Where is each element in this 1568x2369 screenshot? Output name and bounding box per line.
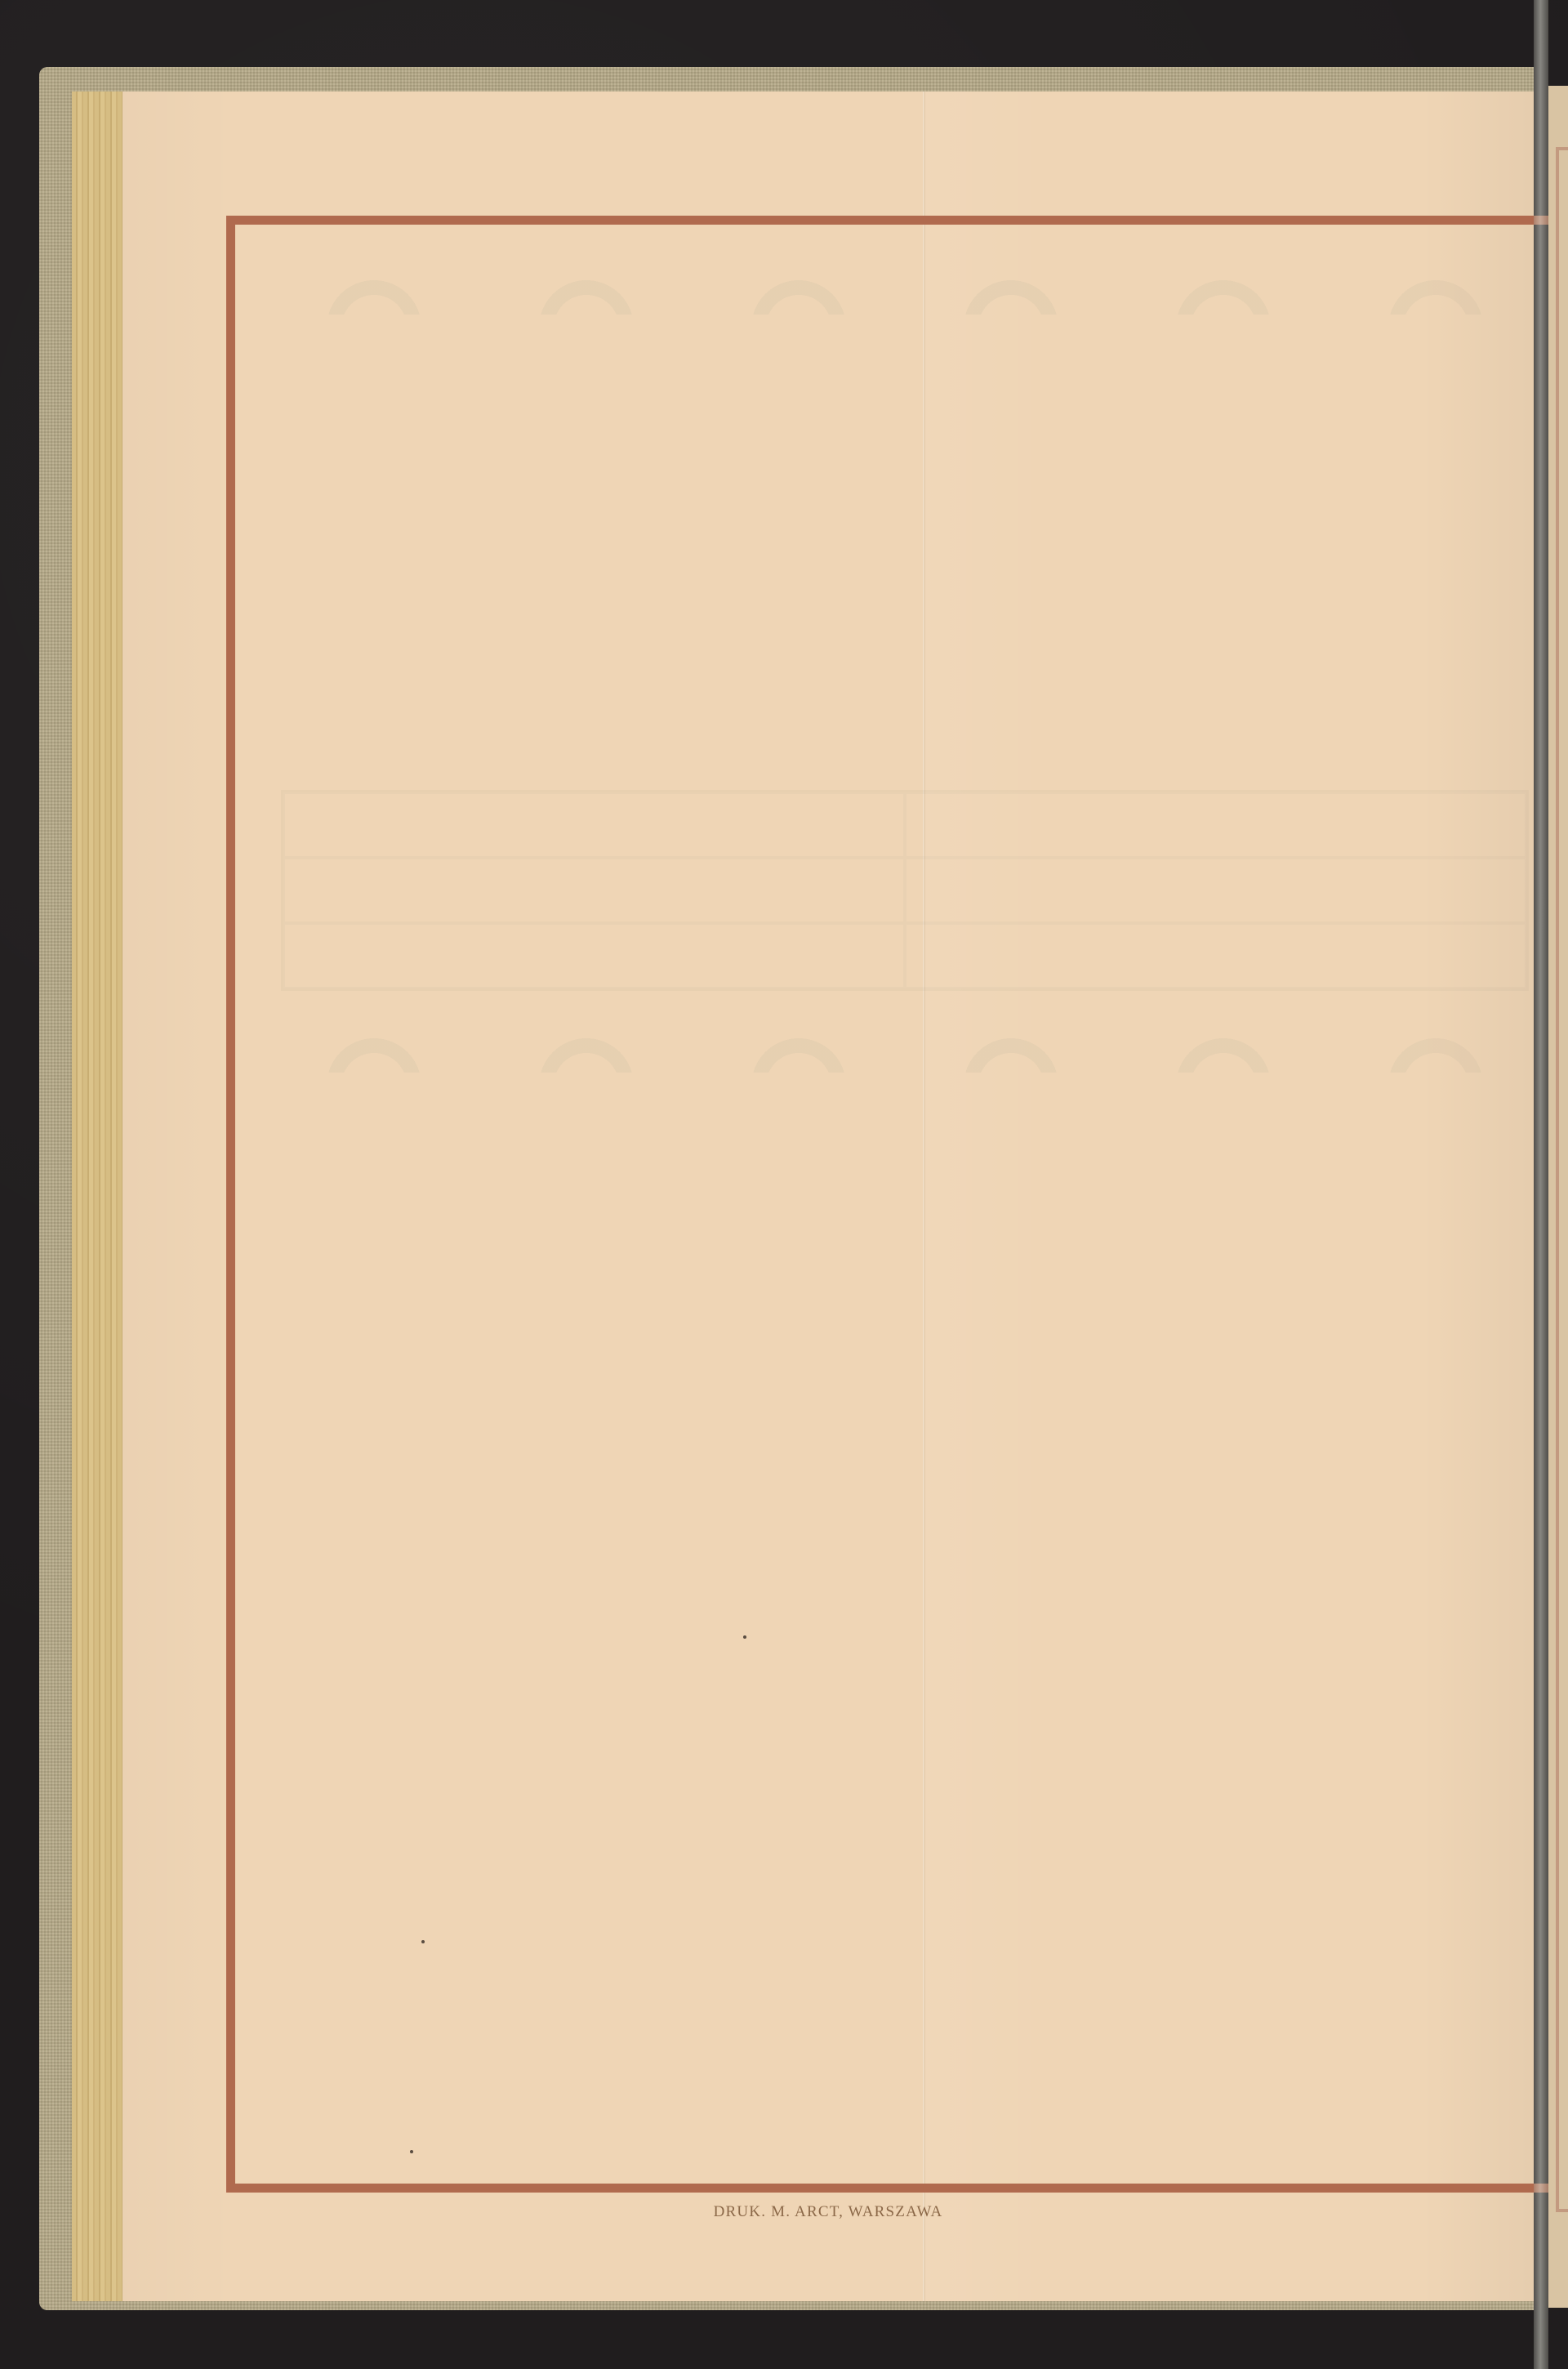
adjacent-page-frame: [1556, 147, 1568, 2212]
bleed-through-ornament: ​ ​ ​ ​ ​ ​: [268, 249, 1542, 1115]
bleed-through-cell: [905, 792, 1526, 858]
paper-speck: [743, 1635, 746, 1639]
page-block-edges: [72, 91, 124, 2301]
bleed-through-cell: [283, 792, 905, 858]
bleed-through-bottom-ornament: [268, 1007, 1542, 1073]
bleed-through-top-ornament: [268, 249, 1542, 315]
bleed-through-cell: [283, 858, 905, 923]
bleed-through-line: ​: [268, 698, 1542, 775]
bleed-through-line: ​: [268, 391, 1542, 468]
bleed-through-line: ​: [268, 622, 1542, 698]
glass-plate-edge: [1534, 0, 1548, 2369]
bleed-through-cell: [905, 923, 1526, 988]
bleed-through-cell: [905, 858, 1526, 923]
bleed-through-cell: [283, 923, 905, 988]
printed-border-frame: ​ ​ ​ ​ ​ ​: [226, 216, 1568, 2193]
book-page: ​ ​ ​ ​ ​ ​ DRUK. M. ARCT, WARSZAWA: [122, 91, 1534, 2301]
paper-speck: [421, 1940, 425, 1943]
paper-speck: [410, 2150, 413, 2153]
bleed-through-line: ​: [268, 468, 1542, 545]
printer-imprint: DRUK. M. ARCT, WARSZAWA: [122, 2203, 1534, 2221]
bleed-through-line: ​: [268, 315, 1542, 391]
bleed-through-table: [281, 790, 1529, 991]
bleed-through-line: ​: [268, 545, 1542, 622]
